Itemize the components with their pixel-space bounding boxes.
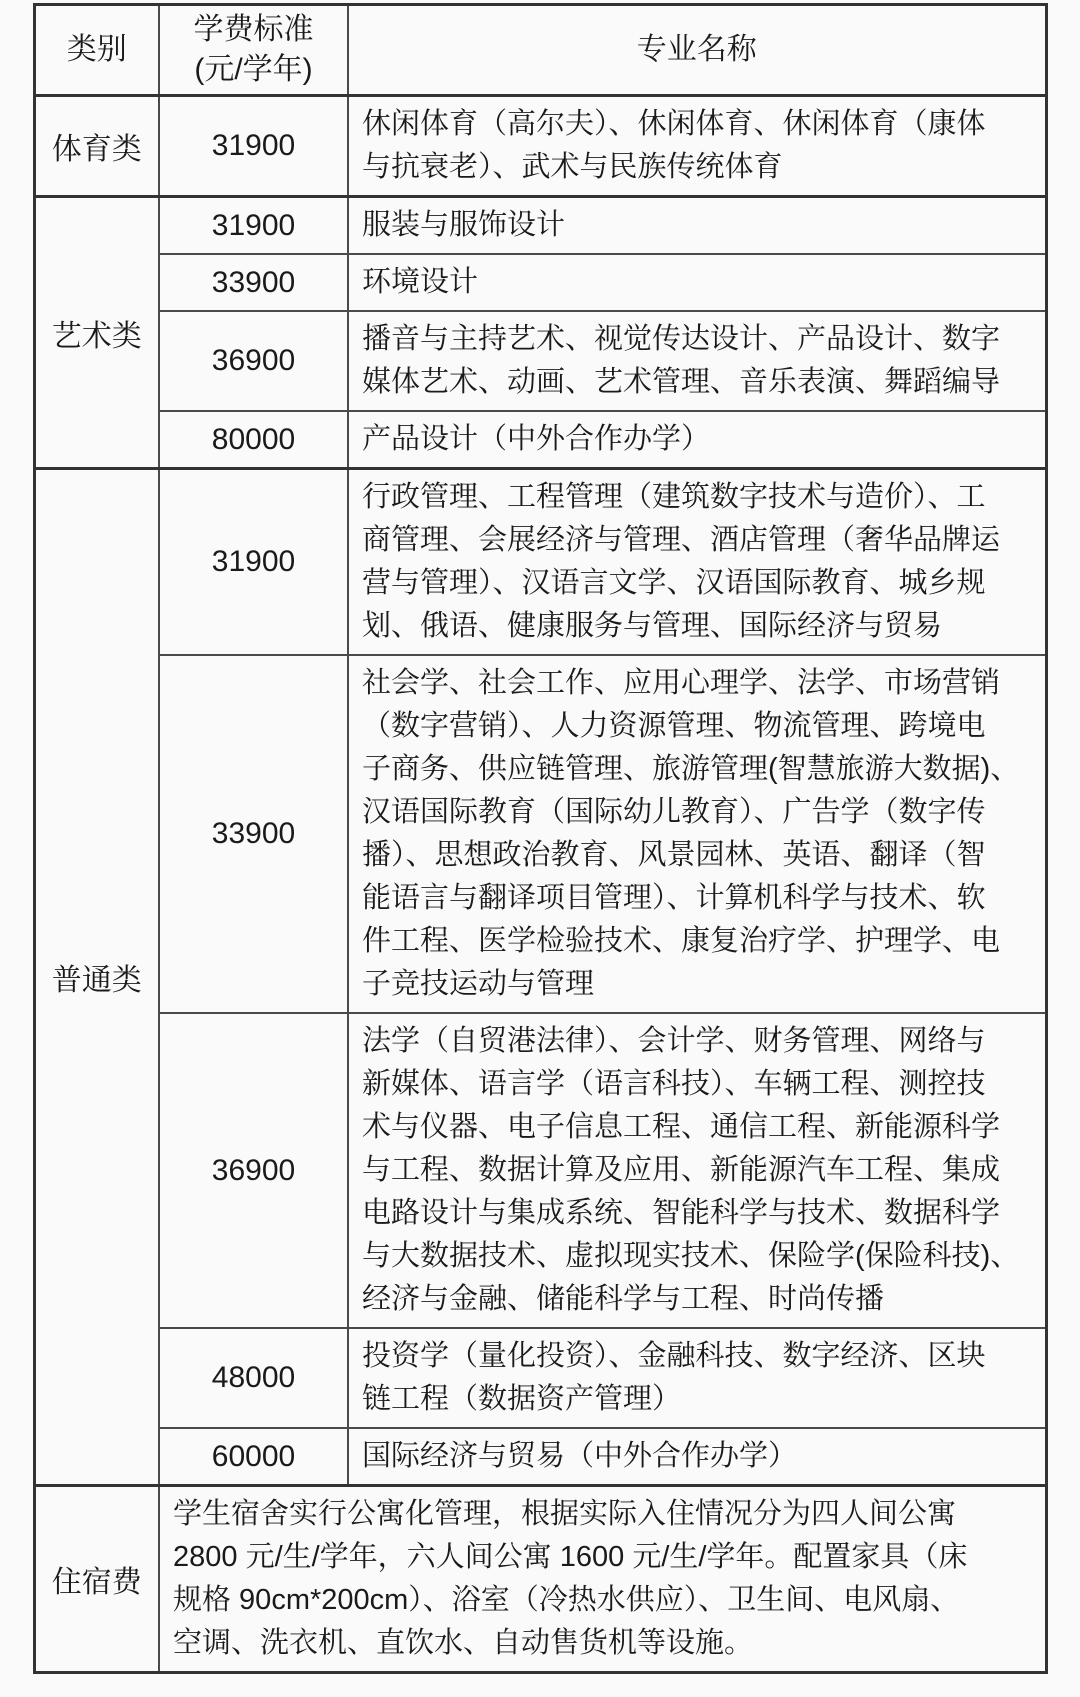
category-accommodation-label: 住宿费 — [34, 1486, 159, 1673]
general-row: 60000 国际经济与贸易（中外合作办学） — [34, 1428, 1046, 1486]
header-fee-label: 学费标准 (元/学年) — [159, 5, 348, 96]
majors-list-cell: 休闲体育（高尔夫）、休闲体育、休闲体育（康体 与抗衰老）、武术与民族传统体育 — [348, 96, 1046, 197]
fee-value-cell: 33900 — [159, 655, 348, 1013]
majors-list-cell: 环境设计 — [348, 254, 1046, 311]
sports-row: 体育类 31900 休闲体育（高尔夫）、休闲体育、休闲体育（康体 与抗衰老）、武… — [34, 96, 1046, 197]
majors-list-cell: 投资学（量化投资）、金融科技、数字经济、区块 链工程（数据资产管理） — [348, 1328, 1046, 1428]
fee-value-cell: 33900 — [159, 254, 348, 311]
majors-list-cell: 社会学、社会工作、应用心理学、法学、市场营销 （数字营销）、人力资源管理、物流管… — [348, 655, 1046, 1013]
header-fee-line2: (元/学年) — [162, 50, 345, 90]
tuition-fee-table: 类别 学费标准 (元/学年) 专业名称 体育类 31900 休闲体育（高尔夫）、… — [33, 3, 1048, 1674]
general-row: 33900 社会学、社会工作、应用心理学、法学、市场营销 （数字营销）、人力资源… — [34, 655, 1046, 1013]
general-row: 普通类 31900 行政管理、工程管理（建筑数字技术与造价）、工 商管理、会展经… — [34, 469, 1046, 656]
table-header-row: 类别 学费标准 (元/学年) 专业名称 — [34, 5, 1046, 96]
majors-list-cell: 法学（自贸港法律）、会计学、财务管理、网络与 新媒体、语言学（语言科技）、车辆工… — [348, 1013, 1046, 1328]
majors-list-cell: 服装与服饰设计 — [348, 197, 1046, 255]
fee-value-cell: 80000 — [159, 411, 348, 469]
category-arts-label: 艺术类 — [34, 197, 159, 469]
arts-row: 33900 环境设计 — [34, 254, 1046, 311]
general-row: 48000 投资学（量化投资）、金融科技、数字经济、区块 链工程（数据资产管理） — [34, 1328, 1046, 1428]
arts-row: 80000 产品设计（中外合作办学） — [34, 411, 1046, 469]
arts-row: 36900 播音与主持艺术、视觉传达设计、产品设计、数字 媒体艺术、动画、艺术管… — [34, 311, 1046, 411]
accommodation-row: 住宿费 学生宿舍实行公寓化管理，根据实际入住情况分为四人间公寓 2800 元/生… — [34, 1486, 1046, 1673]
fee-value-cell: 60000 — [159, 1428, 348, 1486]
fee-value-cell: 48000 — [159, 1328, 348, 1428]
fee-value-cell: 31900 — [159, 197, 348, 255]
category-sports-label: 体育类 — [34, 96, 159, 197]
majors-list-cell: 行政管理、工程管理（建筑数字技术与造价）、工 商管理、会展经济与管理、酒店管理（… — [348, 469, 1046, 656]
majors-list-cell: 产品设计（中外合作办学） — [348, 411, 1046, 469]
fee-value-cell: 31900 — [159, 469, 348, 656]
accommodation-detail-cell: 学生宿舍实行公寓化管理，根据实际入住情况分为四人间公寓 2800 元/生/学年，… — [159, 1486, 1046, 1673]
general-row: 36900 法学（自贸港法律）、会计学、财务管理、网络与 新媒体、语言学（语言科… — [34, 1013, 1046, 1328]
header-category-label: 类别 — [34, 5, 159, 96]
majors-list-cell: 播音与主持艺术、视觉传达设计、产品设计、数字 媒体艺术、动画、艺术管理、音乐表演… — [348, 311, 1046, 411]
fee-value-cell: 36900 — [159, 1013, 348, 1328]
fee-value-cell: 36900 — [159, 311, 348, 411]
arts-row: 艺术类 31900 服装与服饰设计 — [34, 197, 1046, 255]
header-fee-line1: 学费标准 — [162, 10, 345, 50]
header-majors-label: 专业名称 — [348, 5, 1046, 96]
fee-value-cell: 31900 — [159, 96, 348, 197]
category-general-label: 普通类 — [34, 469, 159, 1486]
tuition-fee-page: 类别 学费标准 (元/学年) 专业名称 体育类 31900 休闲体育（高尔夫）、… — [0, 0, 1080, 1674]
majors-list-cell: 国际经济与贸易（中外合作办学） — [348, 1428, 1046, 1486]
